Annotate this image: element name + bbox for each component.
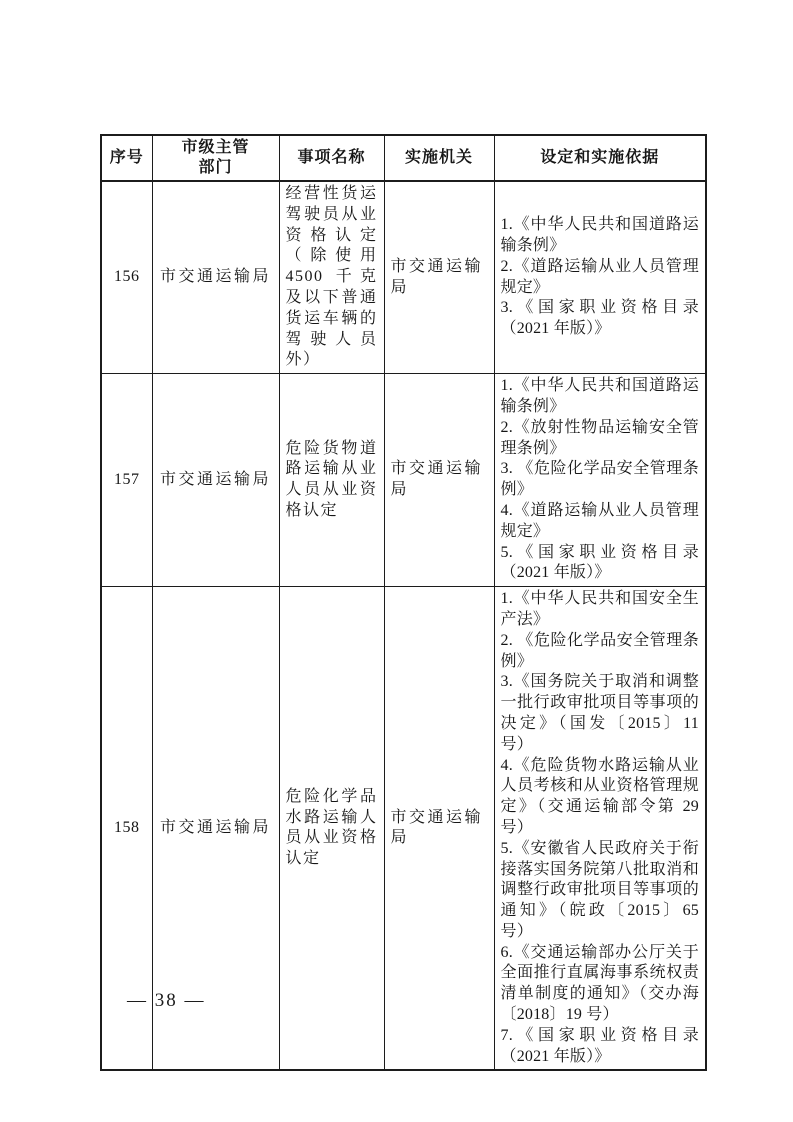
basis-list: 1.《中华人民共和国道路运输条例》 2.《放射性物品运输安全管理条例》 3. 《… bbox=[494, 374, 706, 587]
basis-reference: 2.《道路运输从业人员管理规定》 bbox=[501, 257, 700, 299]
basis-reference: 7.《国家职业资格目录（2021 年版）》 bbox=[501, 1026, 700, 1068]
basis-list: 1.《中华人民共和国道路运输条例》 2.《道路运输从业人员管理规定》 3.《国家… bbox=[494, 181, 706, 374]
item-name: 危险货物道路运输从业人员从业资格认定 bbox=[279, 374, 384, 587]
basis-reference: 1.《中华人民共和国道路运输条例》 bbox=[501, 215, 700, 257]
header-serial: 序号 bbox=[101, 135, 152, 181]
basis-reference: 6.《交通运输部办公厅关于全面推行直属海事系统权责清单制度的通知》（交办海〔20… bbox=[501, 943, 700, 1026]
header-agency: 实施机关 bbox=[384, 135, 494, 181]
approval-items-table: 序号 市级主管 部门 事项名称 实施机关 设定和实施依据 156 市交通运输局 … bbox=[100, 134, 707, 1071]
header-basis: 设定和实施依据 bbox=[494, 135, 706, 181]
serial-number: 157 bbox=[101, 374, 152, 587]
basis-reference: 4.《道路运输从业人员管理规定》 bbox=[501, 501, 700, 543]
table-row-157: 157 市交通运输局 危险货物道路运输从业人员从业资格认定 市交通运输局 1.《… bbox=[101, 374, 706, 587]
basis-reference: 3.《国家职业资格目录（2021 年版）》 bbox=[501, 298, 700, 340]
basis-list: 1.《中华人民共和国安全生产法》 2. 《危险化学品安全管理条例》 3.《国务院… bbox=[494, 587, 706, 1071]
table-row-156: 156 市交通运输局 经营性货运驾驶员从业资格认定（除使用 4500 千克及以下… bbox=[101, 181, 706, 374]
basis-reference: 5.《安徽省人民政府关于衔接落实国务院第八批取消和调整行政审批项目等事项的通知》… bbox=[501, 839, 700, 943]
basis-reference: 3. 《危险化学品安全管理条例》 bbox=[501, 459, 700, 501]
implementing-agency: 市交通运输局 bbox=[384, 587, 494, 1071]
basis-reference: 2. 《危险化学品安全管理条例》 bbox=[501, 631, 700, 673]
basis-reference: 4.《危险货物水路运输从业人员考核和从业资格管理规定》（交通运输部令第 29 号… bbox=[501, 756, 700, 839]
document-page: 序号 市级主管 部门 事项名称 实施机关 设定和实施依据 156 市交通运输局 … bbox=[0, 0, 793, 1122]
serial-number: 156 bbox=[101, 181, 152, 374]
item-name: 危险化学品水路运输人员从业资格认定 bbox=[279, 587, 384, 1071]
basis-reference: 5.《国家职业资格目录（2021 年版）》 bbox=[501, 543, 700, 585]
department-name: 市交通运输局 bbox=[152, 181, 279, 374]
basis-reference: 1.《中华人民共和国道路运输条例》 bbox=[501, 376, 700, 418]
header-department: 市级主管 部门 bbox=[152, 135, 279, 181]
item-name: 经营性货运驾驶员从业资格认定（除使用 4500 千克及以下普通货运车辆的驾驶人员… bbox=[279, 181, 384, 374]
page-number: — 38 — bbox=[127, 990, 206, 1012]
basis-reference: 1.《中华人民共和国安全生产法》 bbox=[501, 589, 700, 631]
implementing-agency: 市交通运输局 bbox=[384, 374, 494, 587]
table-header-row: 序号 市级主管 部门 事项名称 实施机关 设定和实施依据 bbox=[101, 135, 706, 181]
basis-reference: 2.《放射性物品运输安全管理条例》 bbox=[501, 418, 700, 460]
department-name: 市交通运输局 bbox=[152, 374, 279, 587]
implementing-agency: 市交通运输局 bbox=[384, 181, 494, 374]
basis-reference: 3.《国务院关于取消和调整一批行政审批项目等事项的决定》（国发〔2015〕11 … bbox=[501, 672, 700, 755]
header-item-name: 事项名称 bbox=[279, 135, 384, 181]
